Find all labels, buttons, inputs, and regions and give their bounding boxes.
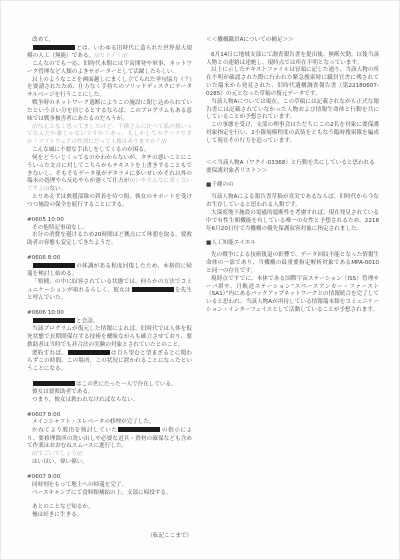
text-run: 要約すれば、 xyxy=(32,350,67,356)
list-item-title: ■人工知能エイエル xyxy=(206,240,379,248)
paragraph: 先の戦争による技術後退の影響で、データ回収不能となった情報生命体の一部であり、当… xyxy=(206,252,379,275)
blank-line xyxy=(27,303,192,310)
text-run: こんなのでも一応、旧時代末期には宇宙開発や軍事、ネットワーク管理など人類のよきサ… xyxy=(27,61,192,75)
redaction-bar xyxy=(118,427,160,432)
text-run: はいはい、偉い偉い。 xyxy=(32,459,88,465)
aside-comment: ///すごいでしょう/// xyxy=(32,451,82,457)
paragraph: 当該人物Aについては現在、この草稿には記載されながら正式な報告書には記載されてい… xyxy=(206,99,379,122)
paragraph: 改めて、 xyxy=(27,37,192,45)
aside-comment: ///ヒドイ！/// xyxy=(94,53,127,59)
section-heading: ＜＜機構職員Aについての補足＞＞ xyxy=(206,37,379,45)
text-run: 大深度地下施設の電磁的遮断性を考慮すれば、現在発見されている中で有性生殖機能を有… xyxy=(206,210,379,232)
text-run: 当該人物Aによる報告書草稿が真実であるならば、旧時代から今なお生存していると思わ… xyxy=(206,194,379,208)
paragraph: 以上のようなことを画面越しにまくし立てられた挙句協力（？）を要請されたため、仕方… xyxy=(27,77,192,100)
text-run: #0607 9:00 xyxy=(27,474,60,480)
paragraph: はいはい、偉い偉い。 xyxy=(27,459,192,467)
text-run: 先の戦争による技術後退の影響で、データ回収不能となった情報生命体の一部であり、当… xyxy=(206,252,379,274)
redaction-bar xyxy=(33,318,75,323)
paragraph: 要約すれば、は自ら望むと望まざるとに関わらずこの時間、この場所、この状況に置かれ… xyxy=(27,350,192,374)
text-run: ＜＜機構職員Aについての補足＞＞ xyxy=(206,37,294,43)
text-run: その他特記事項なし。 xyxy=(32,225,88,231)
blank-line xyxy=(27,374,192,381)
text-run: 当該人物Aについては現在、この草稿には記載されながら正式な報告書には記載されてい… xyxy=(206,99,379,121)
paragraph: 以上に示したテキストファイルは冒頭に記した通り、当該人物の所在不明が確認された際… xyxy=(206,67,379,98)
paragraph: とりあえずは救援部隊の到着を待つ間、彼女のサポートを受けつつ施設の保全を続行する… xyxy=(27,194,192,210)
text-run: 以上に示したテキストファイルは冒頭に記した通り、当該人物の所在不明が確認された際… xyxy=(206,67,379,96)
text-run: とりあえずは救援部隊の到着を待つ間、彼女のサポートを受けつつ施設の保全を続行する… xyxy=(27,194,192,208)
aside-comment: ///なんとなく思ってましたけど、千種さんに比べて私の扱いってなんだか雑じゃない… xyxy=(27,124,192,146)
paragraph: ///なんとなく思ってましたけど、千種さんに比べて私の扱いってなんだか雑じゃない… xyxy=(27,124,192,147)
blank-line xyxy=(27,467,192,474)
blank-line xyxy=(27,405,192,412)
text-run: ■千種のの xyxy=(206,182,234,188)
blank-line xyxy=(206,45,379,52)
paragraph: この事態を受け、支部の理事会はただちにこの2名を対象に要保護対象指定を行い、2小… xyxy=(206,122,379,145)
text-run: 以上のようなことを画面越しにまくし立てられた挙句協力（？）を要請されたため、仕方… xyxy=(27,77,192,99)
paragraph: 「棺桶」の中に収容されている状態では、何らかの方法でコミュニケーションが取れるら… xyxy=(27,279,192,303)
list-item-title: ■千種のの xyxy=(206,182,379,190)
paragraph: はこの世にたった一人で存在している。 xyxy=(27,381,192,389)
text-run: 水分の消費を避けるため20時間ほど拠点にて休憩を取る。要救助者の容態も安定してき… xyxy=(27,232,192,246)
paragraph: メインシャフト・エレベータの修理が完了した。 xyxy=(27,419,192,427)
transcription-end-note: （転記ここまで） xyxy=(27,533,192,541)
text-run: #0605 10:00 xyxy=(27,217,64,223)
paragraph: の体調がある程度回復したため、本格的に帰還を検討し始める。 xyxy=(27,263,192,279)
paragraph: 現時点ですでに、本体である国際宇宙ステーション（ISS）管理サーバ群や、月軌道ス… xyxy=(206,276,379,315)
text-run: かねてより脱出を検討していた xyxy=(32,428,117,434)
redaction-bar xyxy=(68,350,110,355)
text-run: 同時刻をもって地上への帰還を完了。 xyxy=(32,482,127,488)
paragraph: 水分の消費を避けるため20時間ほど拠点にて休憩を取る。要救助者の容態も安定してき… xyxy=(27,232,192,248)
paragraph: 大深度地下施設の電磁的遮断性を考慮すれば、現在発見されている中で有性生殖機能を有… xyxy=(206,210,379,233)
text-run: 現時点ですでに、本体である国際宇宙ステーション（ISS）管理サーバ群や、月軌道ス… xyxy=(206,276,379,313)
text-run: 俺は好きに生きる。 xyxy=(32,512,82,518)
section-heading: ＜＜当該人物A（ワクイ-03368）と行動を共にしていると思われる要保護対象者リ… xyxy=(206,160,379,176)
paragraph: とは、いわゆる旧時代に造られた世界最大規模の人工（無能）である。///ヒドイ！/… xyxy=(27,45,192,61)
paragraph: 俺は好きに生きる。 xyxy=(27,512,192,520)
text-run: ない。 xyxy=(49,186,66,192)
text-run: ＜＜当該人物A（ワクイ-03368）と行動を共にしていると思われる要保護対象者リ… xyxy=(206,160,375,174)
redaction-bar xyxy=(33,45,75,50)
paragraph: 当該プログラムが復元した情報によれば、旧時代では人体を仮死状態で長期間保存する技… xyxy=(27,326,192,349)
blank-line xyxy=(27,520,192,527)
log-timestamp: #0606 8:00 xyxy=(27,255,192,263)
document-page: 改めて、とは、いわゆる旧時代に造られた世界最大規模の人工（無能）である。///ヒ… xyxy=(0,0,400,560)
text-run: 当該プログラムが復元した情報によれば、旧時代では人体を仮死状態で長期間保存する技… xyxy=(27,326,192,348)
text-run: （転記ここまで） xyxy=(147,533,192,539)
text-run: #0606 10:00 xyxy=(27,310,64,316)
blank-line xyxy=(206,146,379,160)
paragraph: ///すごいでしょう/// xyxy=(27,451,192,459)
text-run: あとのことなど知るか。 xyxy=(32,504,94,510)
left-column: 改めて、とは、いわゆる旧時代に造られた世界最大規模の人工（無能）である。///ヒ… xyxy=(27,37,192,541)
text-run: #0606 8:00 xyxy=(27,255,60,261)
paragraph: 6月14日に地域支部にて調査報告書を提出後、無断欠勤。以後当該人物との連絡は途絶… xyxy=(206,52,379,68)
paragraph: つまり、彼女は救われなければならない。 xyxy=(27,397,192,405)
blank-line xyxy=(27,210,192,217)
text-run: #0607 8:00 xyxy=(27,412,60,418)
text-run: 改めて、 xyxy=(32,37,54,43)
paragraph: こんなのでも一応、旧時代末期には宇宙開発や軍事、ネットワーク管理など人類のよきサ… xyxy=(27,61,192,77)
paragraph: と会話。 xyxy=(27,318,192,326)
right-column: ＜＜機構職員Aについての補足＞＞6月14日に地域支部にて調査報告書を提出後、無断… xyxy=(206,37,379,541)
paragraph: 何をどういじくってるのかわからないが、タチの悪いことにこういった文言に対してこち… xyxy=(27,155,192,194)
paragraph: 当該人物Aによる報告書草稿が真実であるならば、旧時代から今なお生存していると思わ… xyxy=(206,194,379,210)
blank-line xyxy=(27,248,192,255)
paragraph: 同時刻をもって地上への帰還を完了。 xyxy=(27,482,192,490)
paragraph: かねてより脱出を検討していたの指示により、要修理箇所の洗い出しや必要な道具・資材… xyxy=(27,427,192,451)
text-run: こんな風に不要な手出しをしてくるのが困る。 xyxy=(32,147,149,153)
text-run: 彼女は要救助者である。 xyxy=(32,389,94,395)
text-run: 戦争時のネットワーク遮断によりこの施設に閉じ込められていたという言い分を信じると… xyxy=(27,100,192,122)
paragraph: ベースキャンプにて食料類補給の上、支部に帰投する。 xyxy=(27,490,192,498)
paragraph: こんな風に不要な手出しをしてくるのが困る。 xyxy=(27,147,192,155)
text-run: メインシャフト・エレベータの修理が完了した。 xyxy=(32,419,155,425)
text-run: つまり、彼女は救われなければならない。 xyxy=(32,397,138,403)
paragraph: 彼女は要救助者である。 xyxy=(27,389,192,397)
text-run: と会話。 xyxy=(76,318,98,324)
redaction-bar xyxy=(33,263,75,268)
text-run: 6月14日に地域支部にて調査報告書を提出後、無断欠勤。以後当該人物との連絡は途絶… xyxy=(206,52,379,66)
redaction-bar xyxy=(33,381,75,386)
paragraph: 戦争時のネットワーク遮断によりこの施設に閉じ込められていたという言い分を信じると… xyxy=(27,100,192,123)
log-timestamp: #0605 10:00 xyxy=(27,217,192,225)
document-body: 改めて、とは、いわゆる旧時代に造られた世界最大規模の人工（無能）である。///ヒ… xyxy=(27,37,379,541)
log-timestamp: #0606 10:00 xyxy=(27,310,192,318)
text-run: ベースキャンプにて食料類補給の上、支部に帰投する。 xyxy=(32,490,172,496)
redaction-bar xyxy=(132,287,174,292)
text-run: ■人工知能エイエル xyxy=(206,240,256,246)
log-timestamp: #0607 9:00 xyxy=(27,474,192,482)
text-run: はこの世にたった一人で存在している。 xyxy=(76,381,177,387)
text-run: この事態を受け、支部の理事会はただちにこの2名を対象に要保護対象指定を行い、2小… xyxy=(206,122,379,144)
